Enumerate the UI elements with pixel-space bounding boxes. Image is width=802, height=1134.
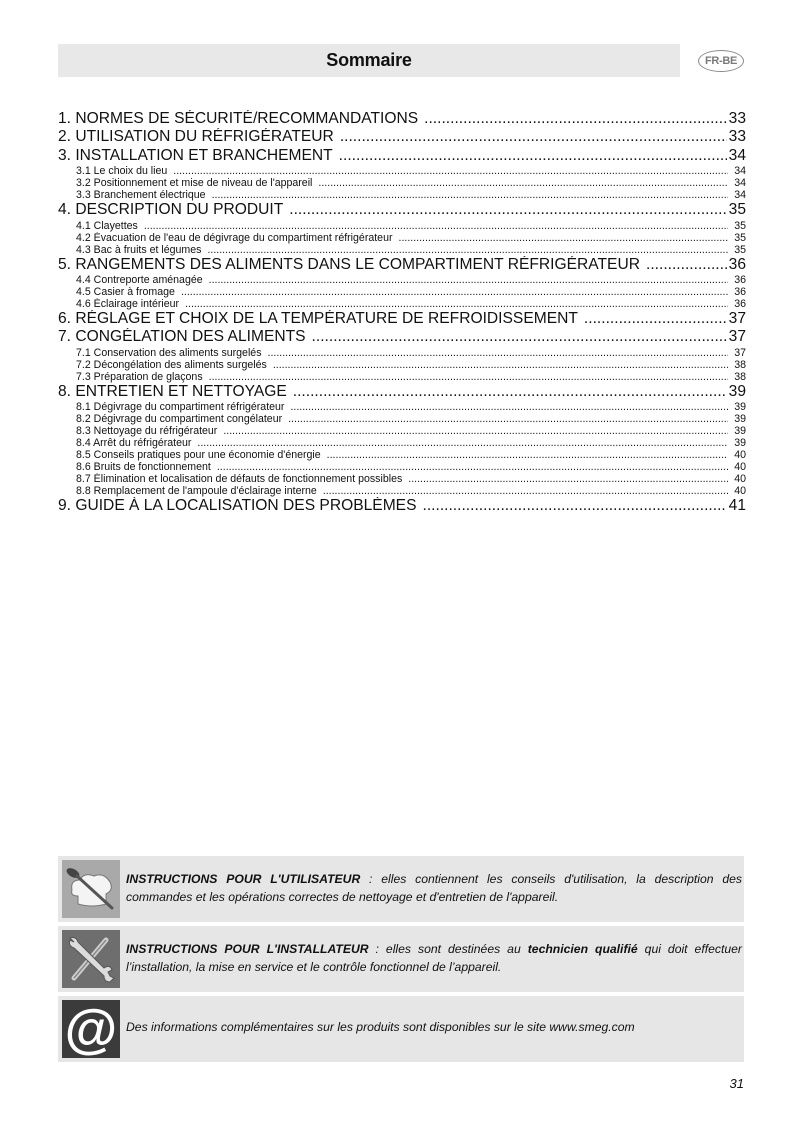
toc-leader-dots: [289, 201, 726, 219]
toc-label: 3.1 Le choix du lieu: [76, 165, 167, 177]
toc-leader-dots: [312, 328, 727, 346]
toc-subsection[interactable]: 3.1 Le choix du lieu34: [58, 165, 746, 177]
toc-label: 3.2 Positionnement et mise de niveau de …: [76, 177, 312, 189]
info-body: : elles sont destinées au: [369, 942, 528, 956]
toc-subsection[interactable]: 8.1 Dégivrage du compartiment réfrigérat…: [58, 401, 746, 413]
toc-label: 8.4 Arrêt du réfrigérateur: [76, 437, 191, 449]
toc-label: 7.1 Conservation des aliments surgelés: [76, 347, 262, 359]
toc-section[interactable]: 8. ENTRETIEN ET NETTOYAGE39: [58, 383, 746, 401]
toc-leader-dots: [290, 401, 728, 413]
toc-page-number: 39: [730, 401, 746, 413]
toc-page-number: 39: [730, 437, 746, 449]
toc-label: 2. UTILISATION DU RÉFRIGÉRATEUR: [58, 128, 334, 146]
toc-leader-dots: [173, 165, 728, 177]
toc-label: 1. NORMES DE SÉCURITÉ/RECOMMANDATIONS: [58, 110, 418, 128]
toc-subsection[interactable]: 4.2 Évacuation de l'eau de dégivrage du …: [58, 232, 746, 244]
toc-label: 6. RÉGLAGE ET CHOIX DE LA TEMPÉRATURE DE…: [58, 310, 578, 328]
toc-subsection[interactable]: 8.5 Conseils pratiques pour une économie…: [58, 449, 746, 461]
toc-leader-dots: [207, 244, 728, 256]
toc-page-number: 36: [730, 286, 746, 298]
toc-page-number: 35: [729, 201, 746, 219]
toc-label: 4. DESCRIPTION DU PRODUIT: [58, 201, 283, 219]
toc-page-number: 37: [729, 328, 746, 346]
toc-label: 8.7 Élimination et localisation de défau…: [76, 473, 402, 485]
toc-page-number: 36: [729, 256, 746, 274]
toc-page-number: 36: [730, 274, 746, 286]
table-of-contents: 1. NORMES DE SÉCURITÉ/RECOMMANDATIONS332…: [58, 110, 746, 516]
toc-section[interactable]: 9. GUIDE À LA LOCALISATION DES PROBLÈMES…: [58, 497, 746, 515]
toc-leader-dots: [209, 371, 728, 383]
toc-label: 4.6 Éclairage intérieur: [76, 298, 179, 310]
toc-section[interactable]: 2. UTILISATION DU RÉFRIGÉRATEUR33: [58, 128, 746, 146]
toc-leader-dots: [209, 274, 728, 286]
info-text-website: Des informations complémentaires sur les…: [126, 1018, 742, 1036]
toc-leader-dots: [327, 449, 728, 461]
toc-leader-dots: [408, 473, 728, 485]
toc-label: 8.8 Remplacement de l'ampoule d'éclairag…: [76, 485, 317, 497]
toc-page-number: 34: [730, 177, 746, 189]
page-number: 31: [730, 1076, 744, 1091]
at-sign-icon: @: [62, 1000, 120, 1058]
toc-subsection[interactable]: 4.6 Éclairage intérieur36: [58, 298, 746, 310]
toc-leader-dots: [288, 413, 728, 425]
toc-section[interactable]: 1. NORMES DE SÉCURITÉ/RECOMMANDATIONS33: [58, 110, 746, 128]
page-title: Sommaire: [326, 50, 411, 71]
toc-leader-dots: [268, 347, 729, 359]
toc-label: 8.6 Bruits de fonctionnement: [76, 461, 211, 473]
toc-page-number: 39: [730, 425, 746, 437]
info-box-user: INSTRUCTIONS POUR L'UTILISATEUR : elles …: [58, 856, 744, 922]
toc-leader-dots: [185, 298, 728, 310]
toc-page-number: 38: [730, 359, 746, 371]
toc-subsection[interactable]: 8.4 Arrêt du réfrigérateur39: [58, 437, 746, 449]
toc-leader-dots: [273, 359, 728, 371]
toc-leader-dots: [212, 189, 728, 201]
toc-label: 4.1 Clayettes: [76, 220, 138, 232]
toc-subsection[interactable]: 7.1 Conservation des aliments surgelés37: [58, 347, 746, 359]
toc-leader-dots: [144, 220, 728, 232]
toc-label: 4.5 Casier à fromage: [76, 286, 175, 298]
info-text-installer: INSTRUCTIONS POUR L'INSTALLATEUR : elles…: [126, 940, 742, 976]
toc-leader-dots: [399, 232, 729, 244]
language-badge: FR-BE: [698, 50, 744, 72]
toc-leader-dots: [293, 383, 727, 401]
toc-leader-dots: [323, 485, 728, 497]
toc-section[interactable]: 4. DESCRIPTION DU PRODUIT35: [58, 201, 746, 219]
toc-subsection[interactable]: 4.5 Casier à fromage36: [58, 286, 746, 298]
toc-subsection[interactable]: 8.7 Élimination et localisation de défau…: [58, 473, 746, 485]
toc-subsection[interactable]: 7.2 Décongélation des aliments surgelés3…: [58, 359, 746, 371]
toc-label: 8.1 Dégivrage du compartiment réfrigérat…: [76, 401, 284, 413]
info-box-installer: INSTRUCTIONS POUR L'INSTALLATEUR : elles…: [58, 926, 744, 992]
info-bold-lead: INSTRUCTIONS POUR L'UTILISATEUR: [126, 872, 360, 886]
toc-section[interactable]: 7. CONGÉLATION DES ALIMENTS37: [58, 328, 746, 346]
toc-label: 8.5 Conseils pratiques pour une économie…: [76, 449, 321, 461]
toc-page-number: 40: [730, 461, 746, 473]
toc-label: 3. INSTALLATION ET BRANCHEMENT: [58, 147, 333, 165]
toc-label: 8.3 Nettoyage du réfrigérateur: [76, 425, 217, 437]
toc-page-number: 35: [730, 232, 746, 244]
toc-label: 4.4 Contreporte aménagée: [76, 274, 203, 286]
toc-page-number: 34: [729, 147, 746, 165]
toc-section[interactable]: 6. RÉGLAGE ET CHOIX DE LA TEMPÉRATURE DE…: [58, 310, 746, 328]
toc-page-number: 38: [730, 371, 746, 383]
toc-leader-dots: [339, 147, 727, 165]
toc-subsection[interactable]: 8.8 Remplacement de l'ampoule d'éclairag…: [58, 485, 746, 497]
toc-section[interactable]: 3. INSTALLATION ET BRANCHEMENT34: [58, 147, 746, 165]
info-bold-lead: INSTRUCTIONS POUR L'INSTALLATEUR: [126, 942, 369, 956]
toc-page-number: 40: [730, 485, 746, 497]
toc-leader-dots: [584, 310, 727, 328]
toc-page-number: 34: [730, 189, 746, 201]
info-text-user: INSTRUCTIONS POUR L'UTILISATEUR : elles …: [126, 870, 742, 906]
toc-subsection[interactable]: 4.3 Bac à fruits et légumes35: [58, 244, 746, 256]
toc-label: 7. CONGÉLATION DES ALIMENTS: [58, 328, 306, 346]
toc-page-number: 37: [730, 347, 746, 359]
toc-label: 9. GUIDE À LA LOCALISATION DES PROBLÈMES: [58, 497, 416, 515]
header-bar: Sommaire: [58, 44, 680, 77]
toc-subsection[interactable]: 8.3 Nettoyage du réfrigérateur39: [58, 425, 746, 437]
toc-leader-dots: [197, 437, 728, 449]
toc-leader-dots: [223, 425, 728, 437]
toc-page-number: 37: [729, 310, 746, 328]
toc-page-number: 33: [729, 110, 746, 128]
toc-page-number: 39: [729, 383, 746, 401]
toc-label: 4.3 Bac à fruits et légumes: [76, 244, 201, 256]
toc-page-number: 40: [730, 449, 746, 461]
toc-section[interactable]: 5. RANGEMENTS DES ALIMENTS DANS LE COMPA…: [58, 256, 746, 274]
info-box-website: @ Des informations complémentaires sur l…: [58, 996, 744, 1062]
toc-subsection[interactable]: 4.1 Clayettes35: [58, 220, 746, 232]
toc-subsection[interactable]: 7.3 Préparation de glaçons38: [58, 371, 746, 383]
toc-page-number: 40: [730, 473, 746, 485]
toc-leader-dots: [422, 497, 726, 515]
toc-page-number: 39: [730, 413, 746, 425]
toc-page-number: 35: [730, 220, 746, 232]
toc-subsection[interactable]: 3.2 Positionnement et mise de niveau de …: [58, 177, 746, 189]
toc-page-number: 36: [730, 298, 746, 310]
toc-leader-dots: [340, 128, 727, 146]
toc-leader-dots: [318, 177, 728, 189]
toc-leader-dots: [217, 461, 728, 473]
toc-label: 7.2 Décongélation des aliments surgelés: [76, 359, 267, 371]
wrench-screwdriver-icon: [62, 930, 120, 988]
toc-label: 4.2 Évacuation de l'eau de dégivrage du …: [76, 232, 393, 244]
toc-leader-dots: [424, 110, 727, 128]
toc-subsection[interactable]: 3.3 Branchement électrique34: [58, 189, 746, 201]
toc-page-number: 41: [729, 497, 746, 515]
toc-leader-dots: [646, 256, 727, 274]
spoon-chef-hat-icon: [62, 860, 120, 918]
toc-subsection[interactable]: 8.2 Dégivrage du compartiment congélateu…: [58, 413, 746, 425]
toc-page-number: 34: [730, 165, 746, 177]
toc-label: 7.3 Préparation de glaçons: [76, 371, 203, 383]
toc-page-number: 35: [730, 244, 746, 256]
toc-label: 3.3 Branchement électrique: [76, 189, 206, 201]
toc-label: 5. RANGEMENTS DES ALIMENTS DANS LE COMPA…: [58, 256, 640, 274]
toc-subsection[interactable]: 8.6 Bruits de fonctionnement40: [58, 461, 746, 473]
toc-subsection[interactable]: 4.4 Contreporte aménagée36: [58, 274, 746, 286]
toc-leader-dots: [181, 286, 728, 298]
toc-label: 8.2 Dégivrage du compartiment congélateu…: [76, 413, 282, 425]
info-bold-inline: technicien qualifié: [528, 942, 638, 956]
toc-label: 8. ENTRETIEN ET NETTOYAGE: [58, 383, 287, 401]
toc-page-number: 33: [729, 128, 746, 146]
